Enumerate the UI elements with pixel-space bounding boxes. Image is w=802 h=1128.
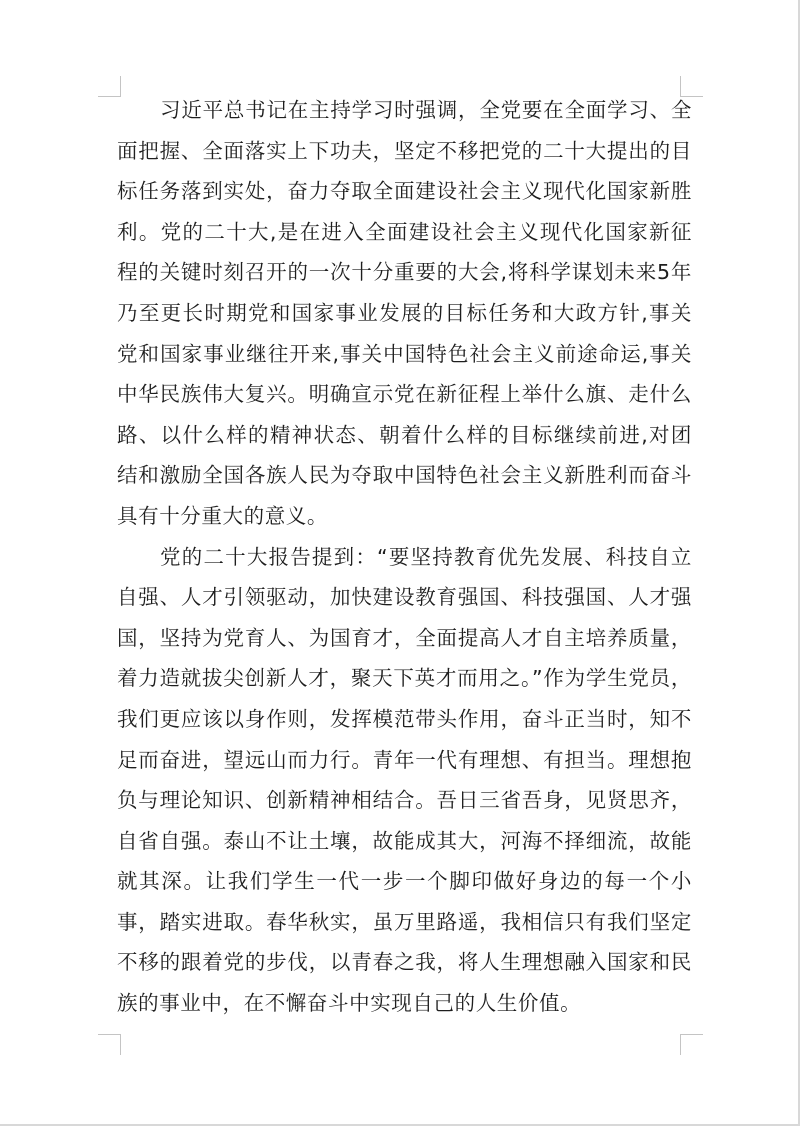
crop-mark-bottom-right <box>680 1034 703 1055</box>
crop-mark-bottom-left <box>98 1034 121 1055</box>
document-page: 习近平总书记在主持学习时强调，全党要在全面学习、全面把握、全面落实上下功夫，坚定… <box>0 0 800 1126</box>
paragraph-1: 习近平总书记在主持学习时强调，全党要在全面学习、全面把握、全面落实上下功夫，坚定… <box>117 90 692 537</box>
document-body[interactable]: 习近平总书记在主持学习时强调，全党要在全面学习、全面把握、全面落实上下功夫，坚定… <box>117 90 692 1024</box>
paragraph-2: 党的二十大报告提到：“要坚持教育优先发展、科技自立自强、人才引领驱动，加快建设教… <box>117 537 692 1024</box>
